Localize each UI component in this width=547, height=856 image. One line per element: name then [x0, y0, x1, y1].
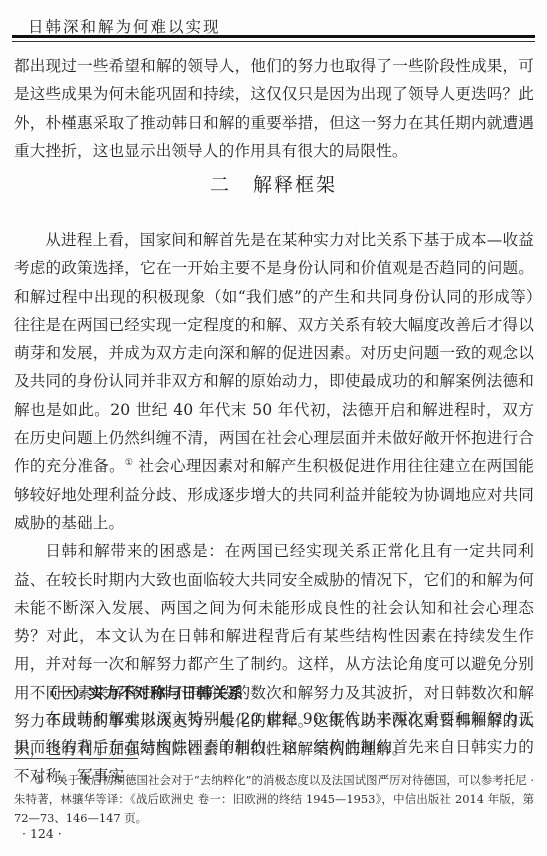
footnote-text: 关于战后初期德国社会对于“去纳粹化”的消极态度以及法国试图严厉对待德国，可以参考…	[14, 773, 534, 825]
paragraph-1: 从进程上看，国家间和解首先是在某种实力对比关系下基于成本—收益考虑的政策选择，它…	[14, 226, 534, 537]
book-page: 日韩深和解为何难以实现 都出现过一些希望和解的领导人，他们的努力也取得了一些阶段…	[0, 0, 547, 856]
footnote-divider	[14, 758, 138, 759]
footnote-reference[interactable]: ①	[125, 458, 133, 468]
section-heading: 二解释框架	[0, 170, 547, 197]
paragraph-text: 都出现过一些希望和解的领导人，他们的努力也取得了一些阶段性成果，可是这些成果为何…	[14, 52, 534, 165]
paragraph-text: 从进程上看，国家间和解首先是在某种实力对比关系下基于成本—收益考虑的政策选择，它…	[14, 231, 534, 475]
footnote: ①关于战后初期德国社会对于“去纳粹化”的消极态度以及法国试图严厉对待德国，可以参…	[14, 771, 534, 828]
header-rule-thin	[12, 41, 535, 42]
footnote-marker: ①	[34, 773, 44, 787]
running-head: 日韩深和解为何难以实现	[28, 15, 221, 37]
continued-paragraph: 都出现过一些希望和解的领导人，他们的努力也取得了一些阶段性成果，可是这些成果为何…	[14, 52, 534, 165]
section-number: 二	[210, 174, 231, 196]
header-rule-thick	[12, 35, 535, 38]
subsection-heading: （一）实力不对称与日韩关系	[42, 682, 244, 703]
page-number: · 124 ·	[22, 826, 62, 841]
section-title: 解释框架	[253, 174, 337, 196]
